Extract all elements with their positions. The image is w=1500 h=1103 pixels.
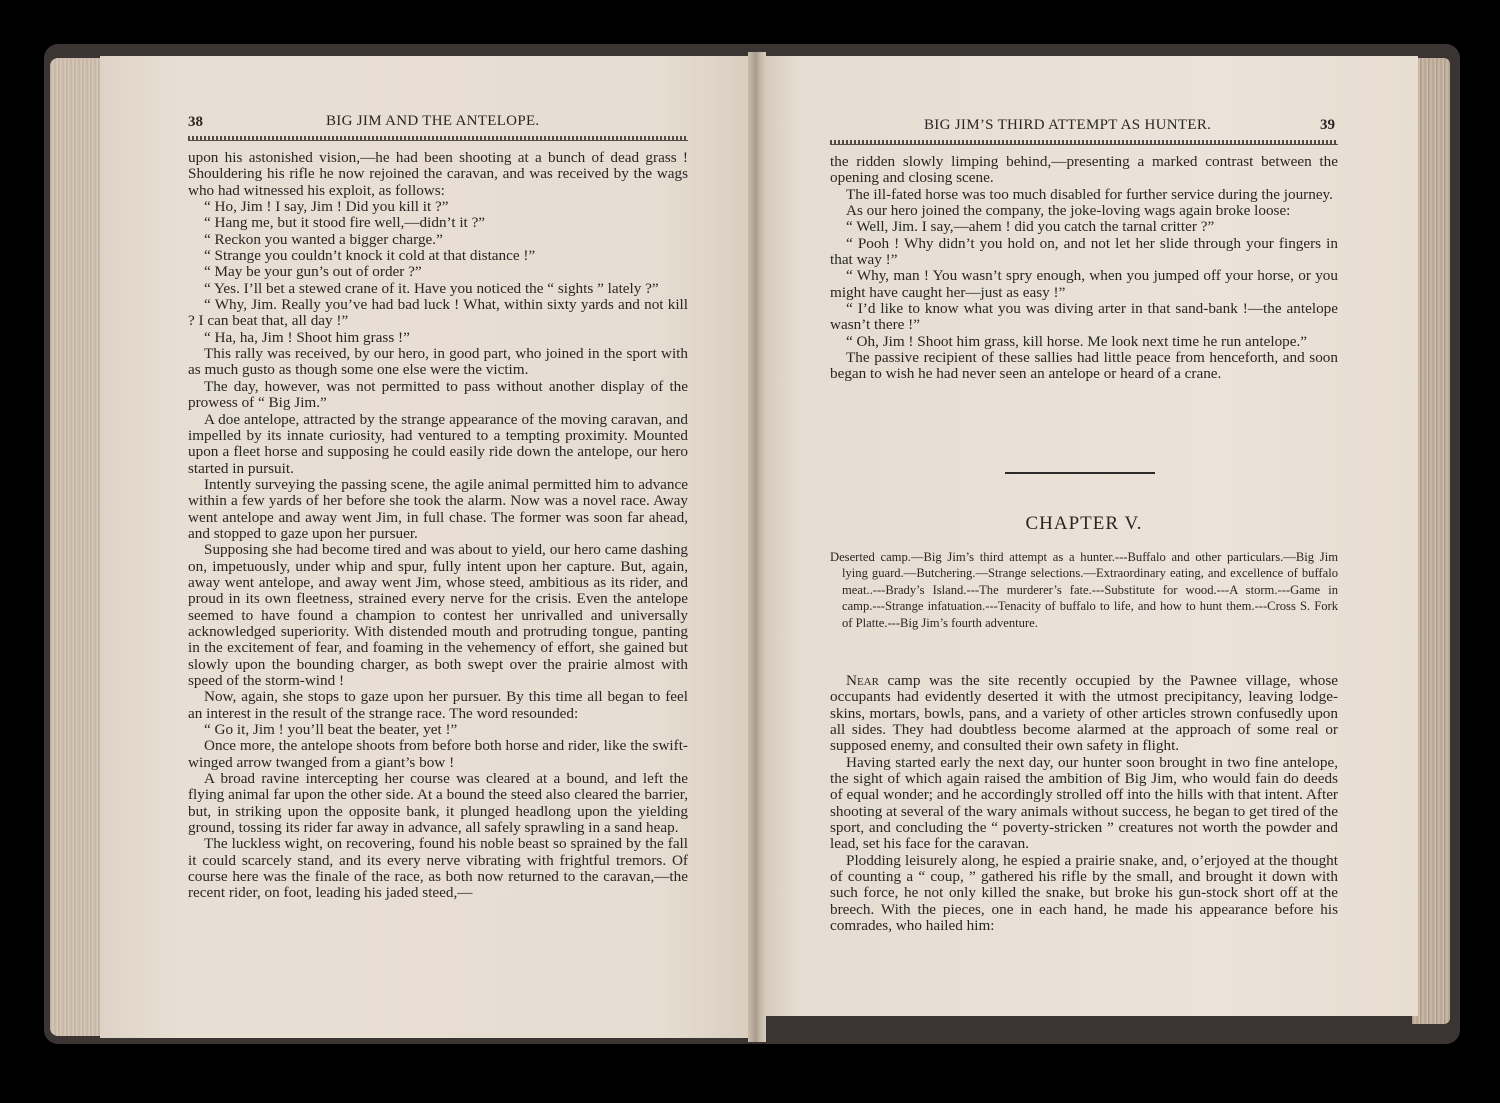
- chapter-synopsis: Deserted camp.—Big Jim’s third attempt a…: [830, 549, 1338, 631]
- paragraph: Intently surveying the passing scene, th…: [188, 477, 688, 542]
- chapter-title: CHAPTER V.: [830, 513, 1338, 535]
- paragraph: “ Why, man ! You wasn’t spry enough, whe…: [830, 268, 1338, 301]
- paragraph: The ill-fated horse was too much disable…: [830, 187, 1338, 203]
- paragraph: Supposing she had become tired and was a…: [188, 542, 688, 689]
- paragraph: Having started early the next day, our h…: [830, 755, 1338, 853]
- book-gutter: [748, 52, 766, 1042]
- paragraph: “ Strange you couldn’t knock it cold at …: [188, 248, 688, 264]
- paragraph: the ridden slowly limping behind,—presen…: [830, 154, 1338, 187]
- paragraph: The passive recipient of these sallies h…: [830, 350, 1338, 383]
- paragraph: “ Ha, ha, Jim ! Shoot him grass !”: [188, 330, 688, 346]
- paragraph: “ Pooh ! Why didn’t you hold on, and not…: [830, 236, 1338, 269]
- paragraph: “ Go it, Jim ! you’ll beat the beater, y…: [188, 722, 688, 738]
- paragraph: “ Ho, Jim ! I say, Jim ! Did you kill it…: [188, 199, 688, 215]
- paragraph: A doe antelope, attracted by the strange…: [188, 412, 688, 477]
- paragraph: As our hero joined the company, the joke…: [830, 203, 1338, 219]
- paragraph: Once more, the antelope shoots from befo…: [188, 738, 688, 771]
- paragraph: “ I’d like to know what you was diving a…: [830, 301, 1338, 334]
- right-body-text: the ridden slowly limping behind,—presen…: [830, 154, 1338, 383]
- right-header-rule: [830, 140, 1338, 145]
- paragraph: Now, again, she stops to gaze upon her p…: [188, 689, 688, 722]
- right-running-head: BIG JIM’S THIRD ATTEMPT AS HUNTER.: [924, 117, 1211, 134]
- paragraph: The day, however, was not permitted to p…: [188, 379, 688, 412]
- paragraph: “ Well, Jim. I say,—ahem ! did you catch…: [830, 219, 1338, 235]
- left-running-head: BIG JIM AND THE ANTELOPE.: [326, 113, 539, 130]
- paragraph: Near camp was the site recently occupied…: [830, 673, 1338, 755]
- paragraph: “ Why, Jim. Really you’ve had bad luck !…: [188, 297, 688, 330]
- opening-smallcaps: Near: [846, 672, 879, 689]
- paragraph: A broad ravine intercepting her course w…: [188, 771, 688, 836]
- paragraph: “ May be your gun’s out of order ?”: [188, 264, 688, 280]
- chapter-divider-rule: [1005, 472, 1155, 474]
- paragraph: The luckless wight, on recovering, found…: [188, 836, 688, 901]
- chapter-body-text: Near camp was the site recently occupied…: [830, 673, 1338, 935]
- paragraph: This rally was received, by our hero, in…: [188, 346, 688, 379]
- paragraph: upon his astonished vision,—he had been …: [188, 150, 688, 199]
- paragraph: “ Reckon you wanted a bigger charge.”: [188, 232, 688, 248]
- left-header-rule: [188, 136, 688, 141]
- paragraph: “ Yes. I’ll bet a stewed crane of it. Ha…: [188, 281, 688, 297]
- right-page-number: 39: [1320, 117, 1335, 134]
- left-body-text: upon his astonished vision,—he had been …: [188, 150, 688, 902]
- paragraph: Plodding leisurely along, he espied a pr…: [830, 853, 1338, 935]
- paragraph: “ Hang me, but it stood fire well,—didn’…: [188, 215, 688, 231]
- paragraph: “ Oh, Jim ! Shoot him grass, kill horse.…: [830, 334, 1338, 350]
- left-page-number: 38: [188, 114, 203, 131]
